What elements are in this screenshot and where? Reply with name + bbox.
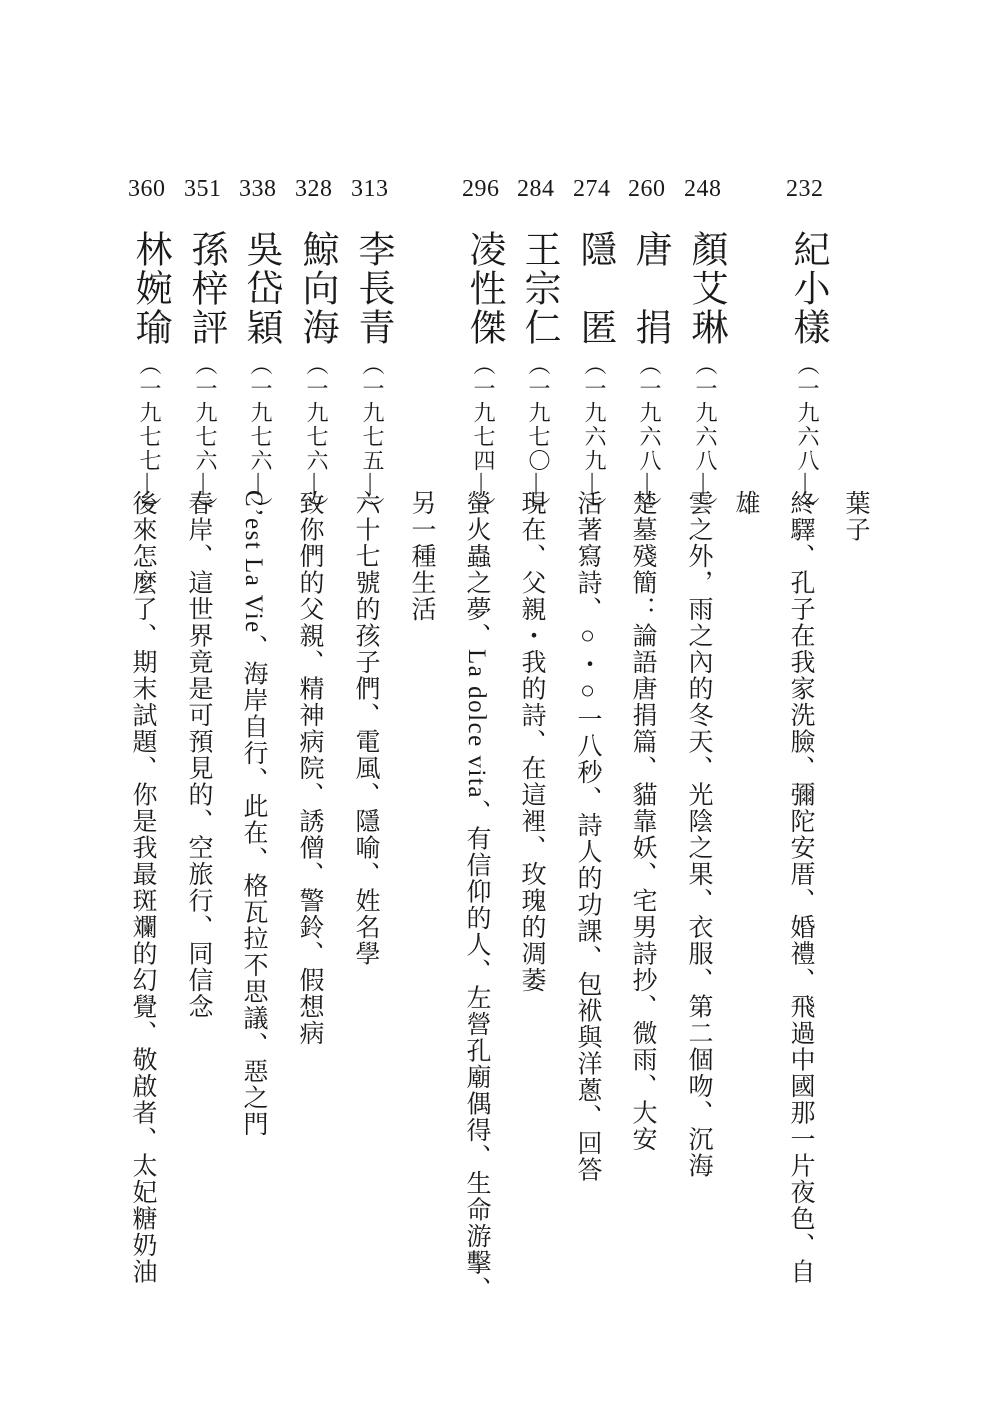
entry-author-name: 紀小樣 — [787, 230, 828, 347]
entry-author-column: 孫梓評（一九七六—） — [183, 230, 227, 490]
entry-page-number: 351 — [184, 176, 222, 202]
entry-poem-titles: 葉子 終驛、孔子在我家洗臉、彌陀安厝、婚禮、飛過中國那一片夜色、自 雄 — [718, 490, 883, 1330]
entry-author-name: 隱 匿 — [574, 230, 615, 347]
entry-page-number: 328 — [295, 176, 333, 202]
entry-author-column: 吳岱穎（一九七六—） — [238, 230, 282, 490]
entry-page-number: 274 — [573, 176, 611, 202]
entry-author-column: 李長青（一九七五—） — [350, 230, 394, 490]
entry-author-name: 王宗仁 — [518, 230, 559, 347]
entry-author-name: 孫梓評 — [185, 230, 226, 347]
entry-author-name: 林婉瑜 — [129, 230, 170, 347]
entry-author-column: 鯨向海（一九七六—） — [294, 230, 338, 490]
entry-author-column: 王宗仁（一九七〇—） — [516, 230, 560, 490]
entry-author-name: 李長青 — [352, 230, 393, 347]
entry-poem-titles: 後來怎麼了、期末試題、你是我最斑斕的幻覺、敬啟者、太妃糖奶油 — [5, 490, 170, 1330]
entry-author-column: 林婉瑜（一九七七—） — [127, 230, 171, 490]
entry-page-number: 232 — [786, 176, 824, 202]
entry-page-number: 338 — [239, 176, 277, 202]
entry-author-name: 吳岱穎 — [240, 230, 281, 347]
toc-page: 232 紀小樣（一九六八—） 葉子 終驛、孔子在我家洗臉、彌陀安厝、婚禮、飛過中… — [0, 0, 1000, 1419]
entry-author-name: 唐 捐 — [629, 230, 670, 347]
entry-page-number: 260 — [628, 176, 666, 202]
entry-author-column: 隱 匿（一九六九—） — [572, 230, 616, 490]
entry-page-number: 296 — [462, 176, 500, 202]
entry-page-number: 313 — [351, 176, 389, 202]
entry-author-column: 顏艾琳（一九六八—） — [683, 230, 727, 490]
entry-author-name: 鯨向海 — [296, 230, 337, 347]
entry-page-number: 284 — [517, 176, 555, 202]
entry-page-number: 248 — [684, 176, 722, 202]
entry-author-name: 凌性傑 — [463, 230, 504, 347]
entry-author-column: 唐 捐（一九六八—） — [627, 230, 671, 490]
entry-author-column: 凌性傑（一九七四—） — [461, 230, 505, 490]
entry-page-number: 360 — [128, 176, 166, 202]
entry-author-column: 紀小樣（一九六八—） — [785, 230, 829, 490]
entry-author-name: 顏艾琳 — [685, 230, 726, 347]
